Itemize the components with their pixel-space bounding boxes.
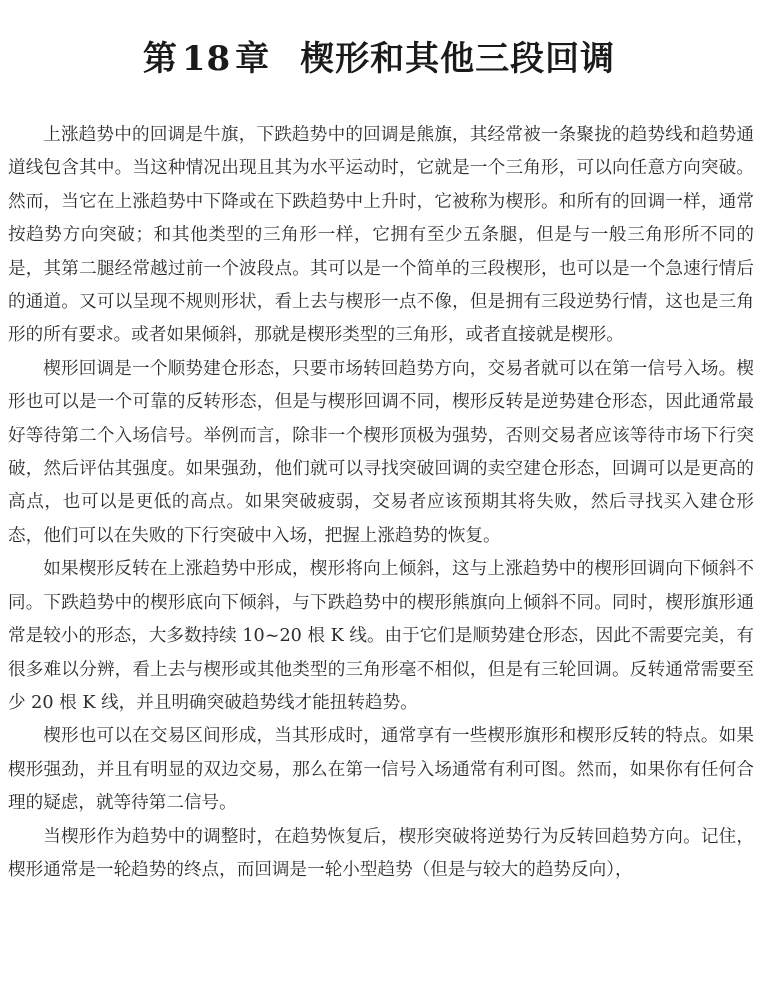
paragraph: 楔形也可以在交易区间形成，当其形成时，通常享有一些楔形旗形和楔形反转的特点。如果…	[8, 720, 754, 820]
book-page: 第18章楔形和其他三段回调 上涨趋势中的回调是牛旗，下跌趋势中的回调是熊旗，其经…	[0, 0, 758, 990]
paragraph: 上涨趋势中的回调是牛旗，下跌趋势中的回调是熊旗，其经常被一条聚拢的趋势线和趋势通…	[8, 119, 754, 353]
chapter-number: 18	[182, 39, 231, 79]
chapter-label: 第	[143, 39, 178, 79]
chapter-title: 楔形和其他三段回调	[300, 39, 615, 79]
chapter-body: 上涨趋势中的回调是牛旗，下跌趋势中的回调是熊旗，其经常被一条聚拢的趋势线和趋势通…	[8, 119, 754, 887]
chapter-heading: 第18章楔形和其他三段回调	[0, 31, 758, 80]
paragraph: 当楔形作为趋势中的调整时，在趋势恢复后，楔形突破将逆势行为反转回趋势方向。记住，…	[8, 821, 754, 888]
paragraph: 如果楔形反转在上涨趋势中形成，楔形将向上倾斜，这与上涨趋势中的楔形回调向下倾斜不…	[8, 553, 754, 720]
chapter-suffix: 章	[235, 39, 270, 79]
paragraph: 楔形回调是一个顺势建仓形态，只要市场转回趋势方向，交易者就可以在第一信号入场。楔…	[8, 353, 754, 553]
